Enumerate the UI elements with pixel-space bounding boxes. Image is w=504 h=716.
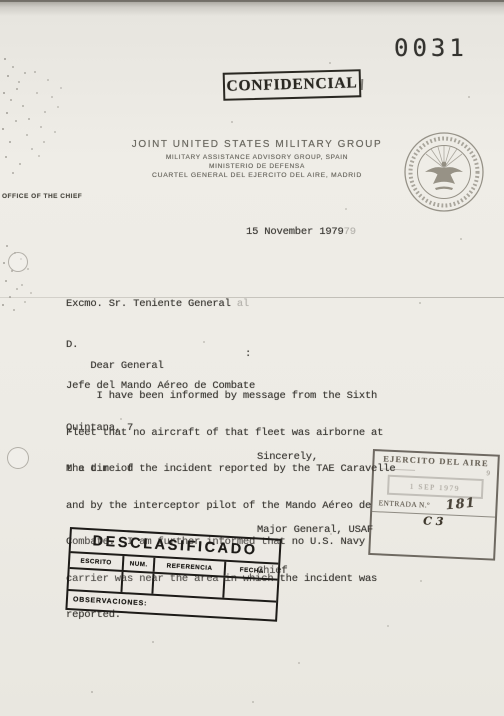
entry-stamp-code-handwritten: C 3: [372, 511, 496, 531]
date-ghost-mark: 79: [344, 226, 356, 238]
declass-header-num: NUM.: [124, 556, 156, 572]
closing: Sincerely,: [257, 451, 318, 463]
military-group-eagle-seal-icon: [402, 130, 486, 214]
confidential-stamp-tick-mark: [361, 79, 364, 90]
ejercito-del-aire-entry-stamp: EJERCITO DEL AIRE 9 1 SEP 1979 ENTRADA N…: [368, 449, 500, 561]
scan-top-edge-line: [0, 0, 504, 2]
scan-top-edge-shadow: [0, 0, 504, 16]
punch-hole: [8, 252, 28, 272]
letterhead: JOINT UNITED STATES MILITARY GROUP MILIT…: [100, 139, 414, 179]
signer-title: Major General, USAF: [257, 524, 373, 538]
entrada-label: ENTRADA N.º: [378, 498, 430, 509]
declass-empty-cell: [224, 578, 277, 601]
office-of-the-chief-label: OFFICE OF THE CHIEF: [2, 193, 82, 200]
letterhead-sub2: MINISTERIO DE DEFENSA: [100, 163, 414, 170]
page-number-stamp: 0031: [394, 34, 468, 62]
letterhead-org: JOINT UNITED STATES MILITARY GROUP: [100, 139, 414, 150]
entrada-number-handwritten: 181: [445, 496, 476, 514]
scanned-letter-page: 0031 CONFIDENCIAL JOINT UNITED STATES MI…: [0, 0, 504, 716]
letter-date: 15 November 197979: [246, 226, 356, 238]
declass-header-referencia: REFERENCIA: [155, 558, 226, 576]
declass-header-escrito: ESCRITO: [70, 553, 125, 570]
entry-stamp-faded-line: [381, 468, 415, 471]
declass-empty-cell: [69, 569, 124, 592]
declass-header-fecha: FECHA: [226, 562, 279, 579]
scan-speckle-noise: [0, 240, 2, 242]
body-line: the time of the incident reported by the…: [66, 463, 395, 475]
letterhead-sub3: CUARTEL GENERAL DEL EJERCITO DEL AIRE, M…: [100, 172, 414, 179]
body-line: I have been informed by message from the…: [66, 390, 395, 402]
letterhead-sub1: MILITARY ASSISTANCE ADVISORY GROUP, SPAI…: [100, 154, 414, 161]
confidential-stamp-label: CONFIDENCIAL: [226, 74, 357, 95]
punch-hole: [7, 447, 29, 469]
recipient-line: Excmo. Sr. Teniente General al: [66, 298, 255, 312]
entry-stamp-corner-mark: 9: [486, 469, 490, 477]
handwritten-annotation: al: [231, 298, 249, 310]
salutation-colon: :: [245, 348, 251, 360]
declass-empty-cell: [154, 574, 226, 598]
desclasificado-stamp: DESCLASIFICADO ESCRITO NUM. REFERENCIA F…: [65, 527, 281, 622]
confidential-stamp: CONFIDENCIAL: [223, 69, 362, 101]
body-line: Fleet that no aircraft of that fleet was…: [66, 427, 395, 439]
declass-empty-cell: [123, 572, 155, 594]
scan-speckle-noise: [0, 0, 2, 2]
